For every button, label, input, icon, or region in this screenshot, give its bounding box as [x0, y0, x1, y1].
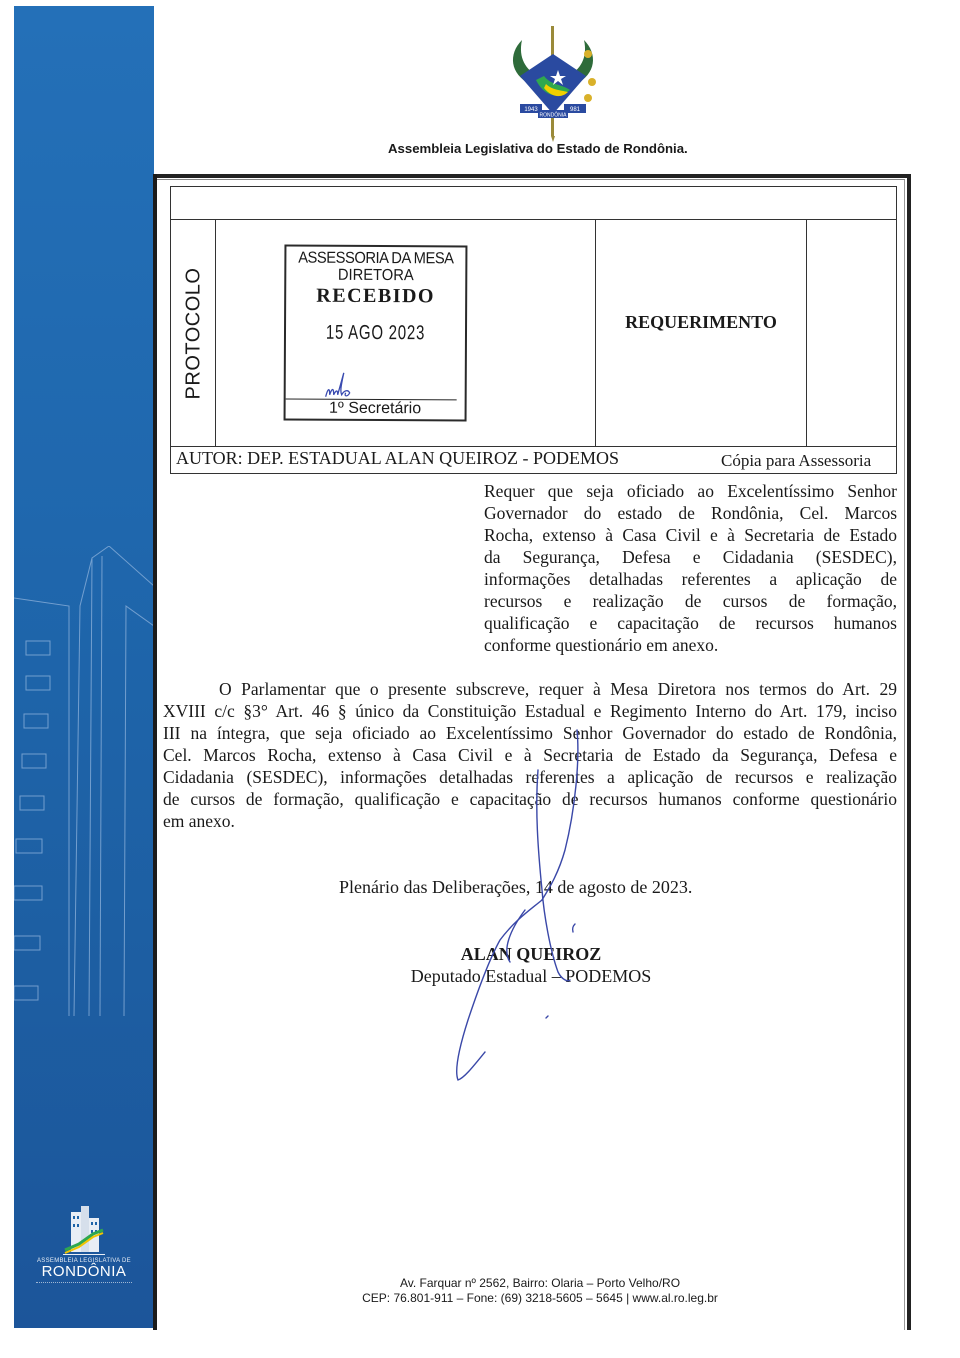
signer-name: ALAN QUEIROZ — [400, 944, 662, 965]
stamp-received: RECEBIDO — [286, 284, 465, 309]
ementa-line: recursos e realização de cursos de forma… — [484, 590, 897, 612]
protocolo-label: PROTOCOLO — [183, 267, 206, 399]
place-date: Plenário das Deliberações, 14 de agosto … — [339, 877, 692, 898]
ementa-line: conforme questionário em anexo. — [484, 634, 897, 656]
svg-text:RONDÔNIA: RONDÔNIA — [540, 112, 568, 119]
ementa-line: Governador do estado de Rondônia, Cel. M… — [484, 502, 897, 524]
sidebar-band: ASSEMBLEIA LEGISLATIVA DE RONDÔNIA — [14, 6, 154, 1328]
stamp-signer-label: 1º Secretário — [286, 400, 465, 419]
ementa-line: da Segurança, Defesa e Cidadania (SESDEC… — [484, 546, 897, 568]
assembly-logo: ASSEMBLEIA LEGISLATIVA DE RONDÔNIA — [14, 1204, 154, 1286]
frame-border-top — [153, 174, 911, 178]
footer-contact: CEP: 76.801-911 – Fone: (69) 3218-5605 –… — [330, 1291, 750, 1306]
frame-border-left — [153, 174, 157, 1330]
body-line: em anexo. — [163, 810, 897, 832]
author-line: AUTOR: DEP. ESTADUAL ALAN QUEIROZ - PODE… — [176, 448, 619, 469]
svg-text:981: 981 — [570, 107, 581, 113]
svg-text:1943: 1943 — [524, 107, 538, 113]
state-coat-of-arms-icon: 1943 981 RONDÔNIA — [500, 24, 606, 142]
frame-border-right — [907, 174, 911, 1330]
ementa-line: qualificação e capacitação de recursos h… — [484, 612, 897, 634]
page-footer: Av. Farquar nº 2562, Bairro: Olaria – Po… — [330, 1276, 750, 1306]
body-line: XVIII c/c §3° Art. 46 § único da Constit… — [163, 700, 897, 722]
stamp-line1: ASSESSORIA DA MESA — [294, 250, 459, 268]
ementa: Requer que seja oficiado ao Excelentíssi… — [484, 480, 897, 656]
signer-role: Deputado Estadual – PODEMOS — [400, 966, 662, 987]
frame-border-top-inner — [157, 179, 905, 180]
logo-tagline-dots — [36, 1282, 132, 1286]
parliament-building-icon — [59, 1204, 109, 1256]
organization-title: Assembleia Legislativa do Estado de Rond… — [388, 141, 688, 156]
body-line: Cel. Marcos Rocha, extenso à Casa Civil … — [163, 744, 897, 766]
ementa-line: Rocha, extenso à Casa Civil e à Secretar… — [484, 524, 897, 546]
copy-note: Cópia para Assessoria — [721, 451, 871, 471]
document-type: REQUERIMENTO — [596, 312, 806, 333]
logo-name: RONDÔNIA — [14, 1264, 154, 1280]
building-outline-icon — [14, 546, 154, 1016]
table-row-divider — [170, 219, 897, 220]
stamp-signature-icon — [324, 369, 364, 401]
stamp-line2: DIRETORA — [293, 267, 458, 285]
ementa-line: informações detalhadas referentes a apli… — [484, 568, 897, 590]
body-line: O Parlamentar que o presente subscreve, … — [163, 678, 897, 700]
ementa-line: Requer que seja oficiado ao Excelentíssi… — [484, 480, 897, 502]
protocolo-cell: PROTOCOLO — [172, 222, 216, 444]
body-line: Cidadania (SESDEC), informações detalhad… — [163, 766, 897, 788]
table-col-divider — [806, 219, 807, 446]
body-line: de cursos de formação, qualificação e ca… — [163, 788, 897, 810]
received-stamp: ASSESSORIA DA MESA DIRETORA RECEBIDO 15 … — [284, 245, 468, 422]
body-paragraph: O Parlamentar que o presente subscreve, … — [163, 678, 897, 832]
table-row-divider — [170, 446, 897, 447]
body-line: III na íntegra, que seja oficiado ao Exc… — [163, 722, 897, 744]
frame-border-right-inner — [904, 180, 905, 1330]
stamp-date: 15 AGO 2023 — [308, 322, 442, 346]
footer-address: Av. Farquar nº 2562, Bairro: Olaria – Po… — [330, 1276, 750, 1291]
